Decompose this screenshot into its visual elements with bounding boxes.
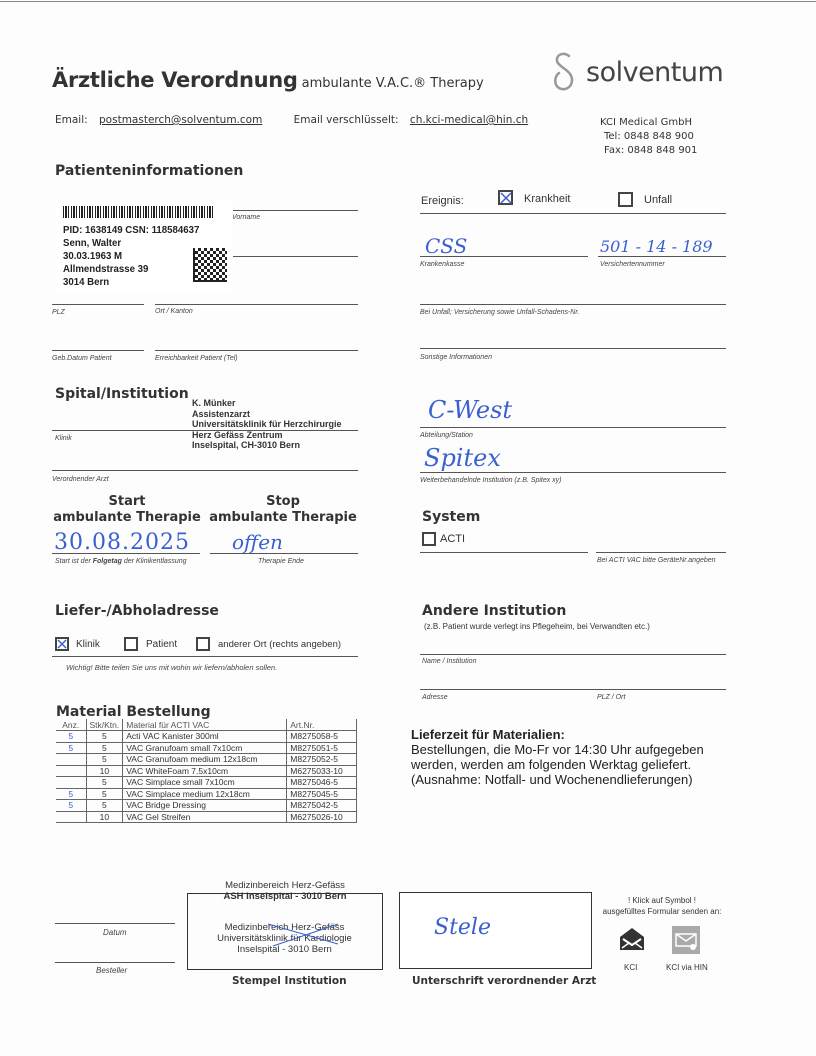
sonstige-label: Sonstige Informationen — [420, 354, 492, 361]
brand-name: solventum — [586, 57, 723, 88]
quantity-input[interactable] — [56, 765, 86, 777]
vorname-label: Vorname — [232, 214, 260, 221]
acti-label: ACTI — [440, 533, 465, 545]
weiter-value[interactable]: Spitex — [424, 444, 501, 472]
article-number: M8275058-5 — [287, 731, 357, 743]
other-institution-heading: Andere Institution — [422, 603, 566, 619]
pack-size: 5 — [86, 777, 123, 789]
start-heading: Start ambulante Therapie — [52, 494, 202, 526]
checkbox-krankheit[interactable] — [498, 190, 513, 205]
barcode — [63, 206, 213, 218]
table-row: 10VAC Gel StreifenM6275026-10 — [56, 811, 357, 823]
signature-value: Stele — [434, 915, 491, 940]
patient-option-label: Patient — [146, 639, 177, 650]
envelope-open-icon — [618, 926, 646, 952]
sticker-pid: PID: 1638149 CSN: 118584637 — [63, 224, 199, 237]
lieferzeit-heading: Lieferzeit für Materialien: — [411, 727, 565, 742]
article-number: M8275045-5 — [287, 788, 357, 800]
pack-size: 5 — [86, 788, 123, 800]
other-plz-label: PLZ / Ort — [597, 694, 625, 701]
material-name: VAC WhiteFoam 7.5x10cm — [123, 765, 287, 777]
brand-logo: solventum — [550, 52, 723, 92]
table-row: 55VAC Granufoam small 7x10cmM8275051-5 — [56, 742, 357, 754]
material-name: VAC Simplace medium 12x18cm — [123, 788, 287, 800]
scan-edge — [0, 1, 816, 2]
delivery-heading: Liefer-/Abholadresse — [55, 603, 219, 619]
ort-label: Ort / Kanton — [155, 308, 193, 315]
company-name: KCI Medical GmbH — [600, 116, 697, 130]
pack-size: 5 — [86, 754, 123, 766]
quantity-input[interactable]: 5 — [56, 800, 86, 812]
krankheit-label: Krankheit — [524, 193, 570, 205]
send-hin-label: KCI via HIN — [666, 963, 708, 972]
checkbox-anderer-ort[interactable] — [196, 637, 210, 651]
signature-label: Unterschrift verordnender Arzt — [412, 975, 596, 987]
material-name: VAC Bridge Dressing — [123, 800, 287, 812]
email-label: Email: — [55, 114, 88, 126]
quantity-input[interactable] — [56, 811, 86, 823]
article-number: M8275042-5 — [287, 800, 357, 812]
material-name: VAC Granufoam medium 12x18cm — [123, 754, 287, 766]
pack-size: 5 — [86, 742, 123, 754]
article-number: M6275033-10 — [287, 765, 357, 777]
institution-heading: Spital/Institution — [55, 386, 189, 402]
geraet-label: Bei ACTI VAC bitte GeräteNr.angeben — [597, 557, 716, 564]
quantity-input[interactable] — [56, 754, 86, 766]
weiter-label: Weiterbehandelnde Institution (z.B. Spit… — [420, 477, 562, 484]
ereignis-label: Ereignis: — [421, 195, 464, 207]
quantity-input[interactable]: 5 — [56, 742, 86, 754]
stop-heading: Stop ambulante Therapie — [208, 494, 358, 526]
col-artnr: Art.Nr. — [287, 719, 357, 731]
material-name: VAC Granufoam small 7x10cm — [123, 742, 287, 754]
envelope-key-icon — [672, 926, 700, 954]
check-x-icon — [500, 192, 512, 204]
unfall-label: Unfall — [644, 194, 672, 206]
patient-heading: Patienteninformationen — [55, 163, 243, 179]
stop-label: Therapie Ende — [258, 558, 304, 565]
stamp-label: Stempel Institution — [232, 975, 347, 987]
krankenkasse-label: Krankenkasse — [420, 261, 464, 268]
company-fax: Fax: 0848 848 901 — [600, 144, 697, 158]
material-table: Anz. Stk/Ktn. Material für ACTI VAC Art.… — [56, 719, 357, 823]
table-header-row: Anz. Stk/Ktn. Material für ACTI VAC Art.… — [56, 719, 357, 731]
send-hin-button[interactable] — [672, 926, 700, 952]
lieferzeit-info: Lieferzeit für Materialien: Bestellungen… — [411, 727, 704, 787]
material-name: Acti VAC Kanister 300ml — [123, 731, 287, 743]
pack-size: 10 — [86, 765, 123, 777]
datamatrix-code — [193, 248, 227, 282]
table-row: 5VAC Granufoam medium 12x18cmM8275052-5 — [56, 754, 357, 766]
table-row: 55Acti VAC Kanister 300mlM8275058-5 — [56, 731, 357, 743]
company-info: KCI Medical GmbH Tel: 0848 848 900 Fax: … — [600, 116, 697, 158]
checkbox-unfall[interactable] — [618, 192, 633, 207]
system-heading: System — [422, 509, 480, 525]
article-number: M8275051-5 — [287, 742, 357, 754]
quantity-input[interactable] — [56, 777, 86, 789]
table-row: 5VAC Simplace small 7x10cmM8275046-5 — [56, 777, 357, 789]
sticker-name: Senn, Walter — [63, 237, 199, 250]
stamp-strike-icon — [188, 894, 384, 971]
article-number: M6275026-10 — [287, 811, 357, 823]
quantity-input[interactable]: 5 — [56, 731, 86, 743]
solventum-logo-icon — [550, 52, 578, 92]
quantity-input[interactable]: 5 — [56, 788, 86, 800]
col-stk: Stk/Ktn. — [86, 719, 123, 731]
other-adresse-label: Adresse — [422, 694, 448, 701]
stop-date-value[interactable]: offen — [232, 530, 283, 554]
sticker-street: Allmendstrasse 39 — [63, 263, 199, 276]
abteilung-value[interactable]: C-West — [428, 396, 512, 424]
other-institution-note: (z.B. Patient wurde verlegt ins Pflegehe… — [424, 622, 650, 631]
checkbox-patient[interactable] — [124, 637, 138, 651]
sticker-dob: 30.03.1963 M — [63, 250, 199, 263]
material-name: VAC Gel Streifen — [123, 811, 287, 823]
versicherten-label: Versichertennummer — [600, 261, 665, 268]
besteller-label: Besteller — [96, 966, 127, 975]
doctor-stamp: K. Münker Assistenzarzt Universitätsklin… — [192, 398, 342, 451]
send-hint: ! Klick auf Symbol ! ausgefülltes Formul… — [597, 895, 727, 917]
material-heading: Material Bestellung — [56, 704, 211, 720]
title-main: Ärztliche Verordnung — [52, 68, 298, 92]
stamp-box[interactable]: Medizinbereich Herz-Gefäss Universitätsk… — [187, 893, 383, 970]
sticker-city: 3014 Bern — [63, 276, 199, 289]
start-note: Start ist der Folgetag der Klinikentlass… — [55, 558, 187, 565]
start-date-value[interactable]: 30.08.2025 — [54, 530, 190, 555]
checkbox-klinik[interactable] — [55, 637, 69, 651]
abteilung-label: Abteilung/Station — [420, 432, 473, 439]
gebdatum-label: Geb.Datum Patient — [52, 355, 112, 362]
article-number: M8275046-5 — [287, 777, 357, 789]
email-link[interactable]: postmasterch@solventum.com — [99, 114, 262, 126]
pack-size: 10 — [86, 811, 123, 823]
email-row: Email: postmasterch@solventum.com Email … — [55, 114, 528, 126]
arzt-label: Verordnender Arzt — [52, 476, 109, 483]
krankenkasse-value[interactable]: CSS — [425, 234, 467, 258]
article-number: M8275052-5 — [287, 754, 357, 766]
table-row: 10VAC WhiteFoam 7.5x10cmM6275033-10 — [56, 765, 357, 777]
datum-label: Datum — [103, 928, 127, 937]
delivery-note: Wichtig! Bitte teilen Sie uns mit wohin … — [66, 663, 277, 672]
table-row: 55VAC Bridge DressingM8275042-5 — [56, 800, 357, 812]
klinik-label: Klinik — [55, 435, 72, 442]
col-material: Material für ACTI VAC — [123, 719, 287, 731]
unfall-info-label: Bei Unfall; Versicherung sowie Unfall-Sc… — [420, 309, 579, 316]
send-kci-label: KCI — [624, 963, 637, 972]
checkbox-acti[interactable] — [422, 532, 436, 546]
send-kci-button[interactable] — [618, 926, 646, 952]
email-encrypted-link[interactable]: ch.kci-medical@hin.ch — [410, 114, 528, 126]
tel-label: Erreichbarkeit Patient (Tel) — [155, 355, 238, 362]
versicherten-value[interactable]: 501 - 14 - 189 — [600, 237, 713, 256]
pack-size: 5 — [86, 731, 123, 743]
material-name: VAC Simplace small 7x10cm — [123, 777, 287, 789]
email-encrypted-label: Email verschlüsselt: — [294, 114, 399, 126]
table-row: 55VAC Simplace medium 12x18cmM8275045-5 — [56, 788, 357, 800]
klinik-option-label: Klinik — [76, 639, 100, 650]
title-subtitle: ambulante V.A.C.® Therapy — [302, 76, 484, 91]
signature-box[interactable]: Stele — [399, 892, 592, 969]
anderer-ort-label: anderer Ort (rechts angeben) — [218, 639, 341, 650]
col-anz: Anz. — [56, 719, 86, 731]
plz-label: PLZ — [52, 309, 65, 316]
patient-sticker: PID: 1638149 CSN: 118584637 Senn, Walter… — [55, 200, 233, 294]
page-title: Ärztliche Verordnungambulante V.A.C.® Th… — [52, 68, 484, 92]
other-name-label: Name / Institution — [422, 658, 476, 665]
company-tel: Tel: 0848 848 900 — [600, 130, 697, 144]
check-x-icon — [57, 639, 67, 649]
pack-size: 5 — [86, 800, 123, 812]
